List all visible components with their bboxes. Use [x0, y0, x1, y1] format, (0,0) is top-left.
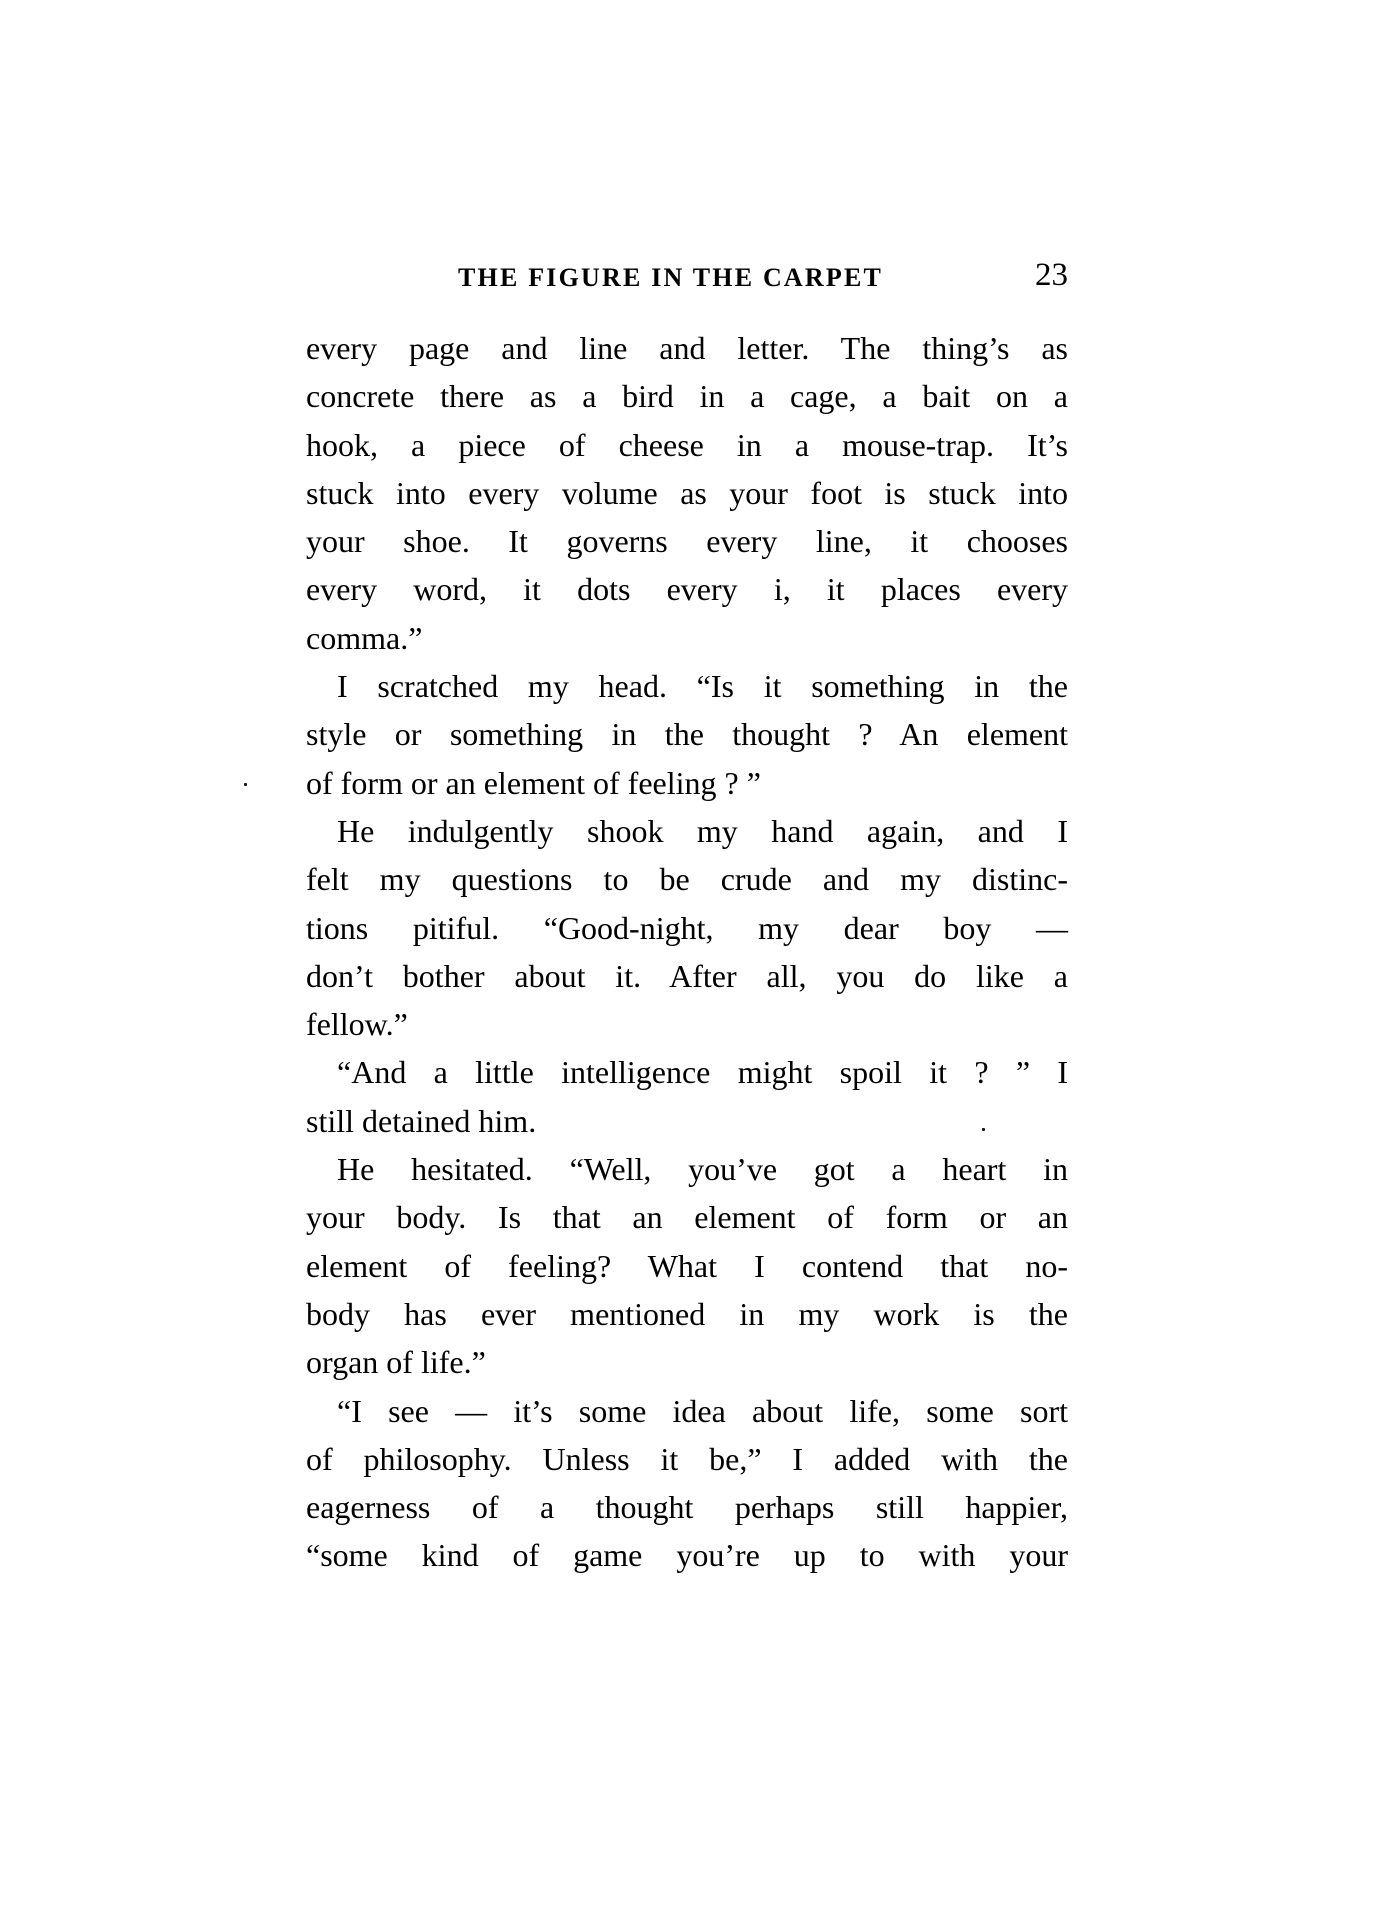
body-text: every page and line and letter. The thin…: [306, 324, 1068, 1580]
text-line: hook, a piece of cheese in a mouse-trap.…: [306, 421, 1068, 469]
text-line: still detained him.: [306, 1097, 1068, 1145]
text-line: tions pitiful. “Good-night, my dear boy …: [306, 904, 1068, 952]
text-line: of philosophy. Unless it be,” I added wi…: [306, 1435, 1068, 1483]
text-line: don’t bother about it. After all, you do…: [306, 952, 1068, 1000]
text-line: comma.”: [306, 614, 1068, 662]
text-line: element of feeling? What I contend that …: [306, 1242, 1068, 1290]
text-line: organ of life.”: [306, 1338, 1068, 1386]
text-line: felt my questions to be crude and my dis…: [306, 855, 1068, 903]
paragraph-first-line: “And a little intelligence might spoil i…: [306, 1048, 1068, 1096]
text-line: fellow.”: [306, 1000, 1068, 1048]
text-line: your shoe. It governs every line, it cho…: [306, 517, 1068, 565]
text-line: of form or an element of feeling ? ”: [306, 759, 1068, 807]
text-line: every page and line and letter. The thin…: [306, 324, 1068, 372]
book-page: THE FIGURE IN THE CARPET 23 every page a…: [0, 0, 1374, 1924]
paragraph-first-line: He hesitated. “Well, you’ve got a heart …: [306, 1145, 1068, 1193]
text-line: stuck into every volume as your foot is …: [306, 469, 1068, 517]
scan-speck: [982, 1128, 985, 1131]
paragraph-first-line: “I see — it’s some idea about life, some…: [306, 1387, 1068, 1435]
paragraph-first-line: I scratched my head. “Is it something in…: [306, 662, 1068, 710]
text-line: eagerness of a thought perhaps still hap…: [306, 1483, 1068, 1531]
text-line: your body. Is that an element of form or…: [306, 1193, 1068, 1241]
scan-speck: [244, 783, 247, 786]
text-line: style or something in the thought ? An e…: [306, 710, 1068, 758]
text-line: body has ever mentioned in my work is th…: [306, 1290, 1068, 1338]
running-title: THE FIGURE IN THE CARPET: [458, 265, 883, 291]
paragraph-first-line: He indulgently shook my hand again, and …: [306, 807, 1068, 855]
page-number: 23: [1035, 259, 1068, 292]
text-line: concrete there as a bird in a cage, a ba…: [306, 372, 1068, 420]
text-line: every word, it dots every i, it places e…: [306, 565, 1068, 613]
text-line: “some kind of game you’re up to with you…: [306, 1531, 1068, 1579]
